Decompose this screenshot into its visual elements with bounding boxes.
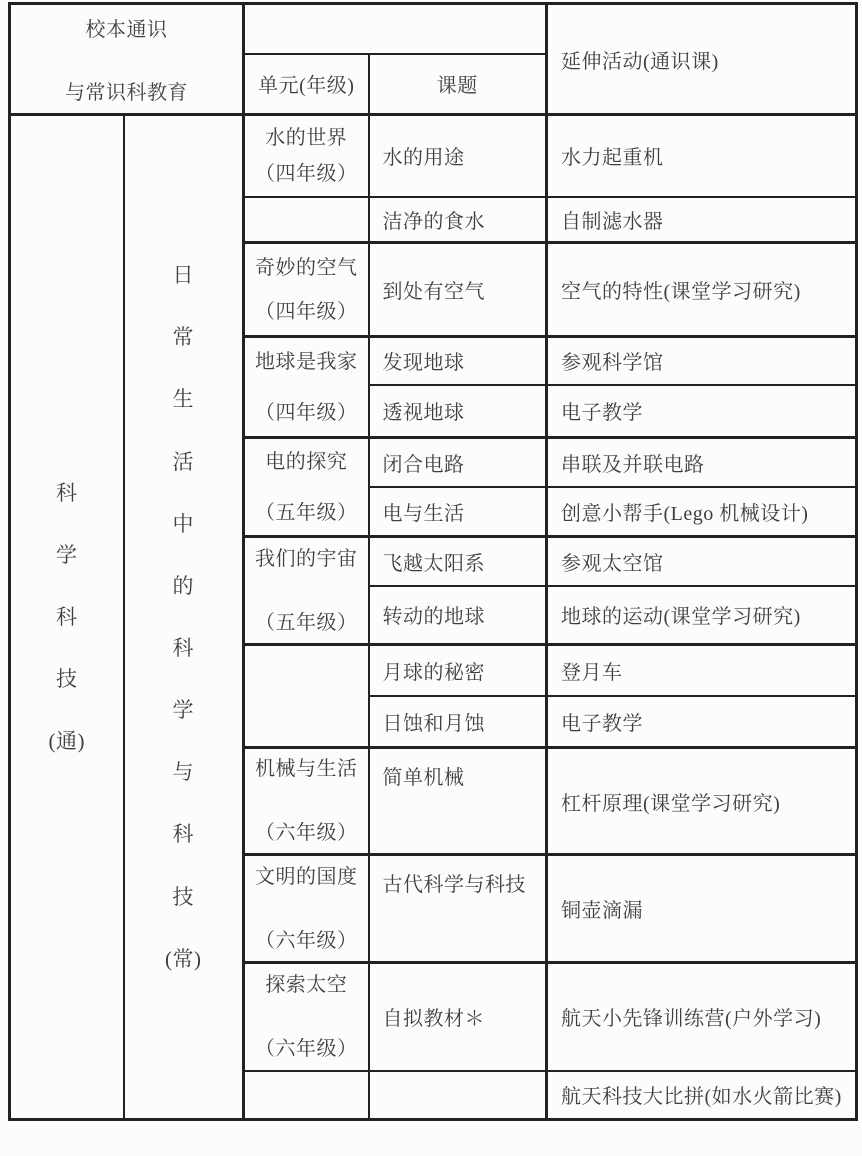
topic-cell: 到处有空气 [369,243,547,337]
extension-cell: 水力起重机 [547,115,857,197]
topic-cell: 透视地球 [369,385,547,438]
extension-cell: 串联及并联电路 [547,438,857,487]
unit-grade: （五年级） [255,501,358,525]
strand-char: 学 [173,698,195,722]
unit-name: 我们的宇宙 [255,547,358,571]
header-program-line1: 校本通识 [86,13,168,42]
strand-char: 科 [173,822,195,846]
topic-cell: 日蚀和月蚀 [369,696,547,748]
topic-cell: 月球的秘密 [369,645,547,696]
unit-name: 水的世界 [265,126,347,150]
strand-char: 的 [173,574,195,598]
extension-cell: 航天小先锋训练营(户外学习) [547,963,857,1071]
header-program-cell: 校本通识 与常识科教育 [10,4,244,115]
unit-cell: 电的探究 （五年级） [244,438,369,537]
strand-char: (常) [165,947,202,971]
topic-cell-empty [369,1071,547,1120]
topic-cell: 简单机械 [369,748,547,855]
unit-grade: （五年级） [255,611,358,635]
strand-char: 活 [173,450,195,474]
subject-char: 科 [56,481,78,505]
header-unit-cell: 单元(年级) [244,54,369,115]
header-program-stack: 校本通识 与常识科教育 [11,13,242,105]
strand-char: 技 [173,885,195,909]
strand-char: 中 [173,512,195,536]
unit-grade: （六年级） [255,929,358,953]
topic-cell: 自拟教材＊ [369,963,547,1071]
unit-cell: 探索太空 （六年级） [244,963,369,1071]
extension-cell: 地球的运动(课堂学习研究) [547,586,857,645]
extension-cell: 登月车 [547,645,857,696]
topic-cell: 电与生活 [369,487,547,537]
strand-vertical-text: 日 常 生 活 中 的 科 学 与 科 技 (常) [125,263,243,971]
topic-cell: 洁净的食水 [369,197,547,243]
unit-name: 探索太空 [265,973,347,997]
unit-cell-empty [244,645,369,748]
unit-cell-empty [244,197,369,243]
strand-column-cell: 日 常 生 活 中 的 科 学 与 科 技 (常) [124,115,244,1120]
subject-char: 学 [56,543,78,567]
topic-cell: 发现地球 [369,337,547,385]
extension-cell: 参观太空馆 [547,537,857,586]
extension-cell: 电子教学 [547,385,857,438]
unit-grade: （四年级） [255,401,358,425]
unit-cell: 水的世界 （四年级） [244,115,369,197]
subject-vertical-text: 科 学 科 技 (通) [11,481,123,754]
topic-cell: 闭合电路 [369,438,547,487]
unit-cell: 我们的宇宙 （五年级） [244,537,369,645]
extension-cell: 杠杆原理(课堂学习研究) [547,748,857,855]
extension-cell: 航天科技大比拼(如水火箭比赛) [547,1071,857,1120]
unit-name: 地球是我家 [255,350,358,374]
unit-name: 奇妙的空气 [255,256,358,280]
topic-cell: 古代科学与科技 [369,855,547,963]
unit-name: 机械与生活 [255,757,358,781]
unit-name: 文明的国度 [255,865,358,889]
subject-char: 科 [56,605,78,629]
unit-cell: 机械与生活 （六年级） [244,748,369,855]
strand-char: 日 [173,263,195,287]
strand-char: 常 [173,325,195,349]
header-extension-cell: 延伸活动(通识课) [547,4,857,115]
topic-cell: 转动的地球 [369,586,547,645]
topic-cell: 飞越太阳系 [369,537,547,586]
header-topic-cell: 课题 [369,54,547,115]
curriculum-table: 校本通识 与常识科教育 延伸活动(通识课) 单元(年级) 课题 科 学 科 技 … [8,2,858,1121]
extension-cell: 铜壶滴漏 [547,855,857,963]
extension-cell: 参观科学馆 [547,337,857,385]
extension-cell: 空气的特性(课堂学习研究) [547,243,857,337]
unit-grade: （六年级） [255,821,358,845]
extension-cell: 创意小帮手(Lego 机械设计) [547,487,857,537]
strand-char: 与 [173,760,195,784]
unit-cell-empty [244,1071,369,1120]
subject-column-cell: 科 学 科 技 (通) [10,115,124,1120]
topic-cell: 水的用途 [369,115,547,197]
unit-cell: 文明的国度 （六年级） [244,855,369,963]
unit-grade: （四年级） [255,300,358,324]
unit-grade: （四年级） [255,162,358,186]
strand-char: 生 [173,387,195,411]
extension-cell: 自制滤水器 [547,197,857,243]
strand-char: 科 [173,636,195,660]
unit-name: 电的探究 [265,450,347,474]
unit-cell: 奇妙的空气 （四年级） [244,243,369,337]
header-empty-cell [244,4,547,54]
unit-cell: 地球是我家 （四年级） [244,337,369,438]
unit-grade: （六年级） [255,1037,358,1061]
extension-cell: 电子教学 [547,696,857,748]
subject-char: 技 [56,667,78,691]
subject-char: (通) [49,729,86,753]
header-program-line2: 与常识科教育 [65,76,188,105]
